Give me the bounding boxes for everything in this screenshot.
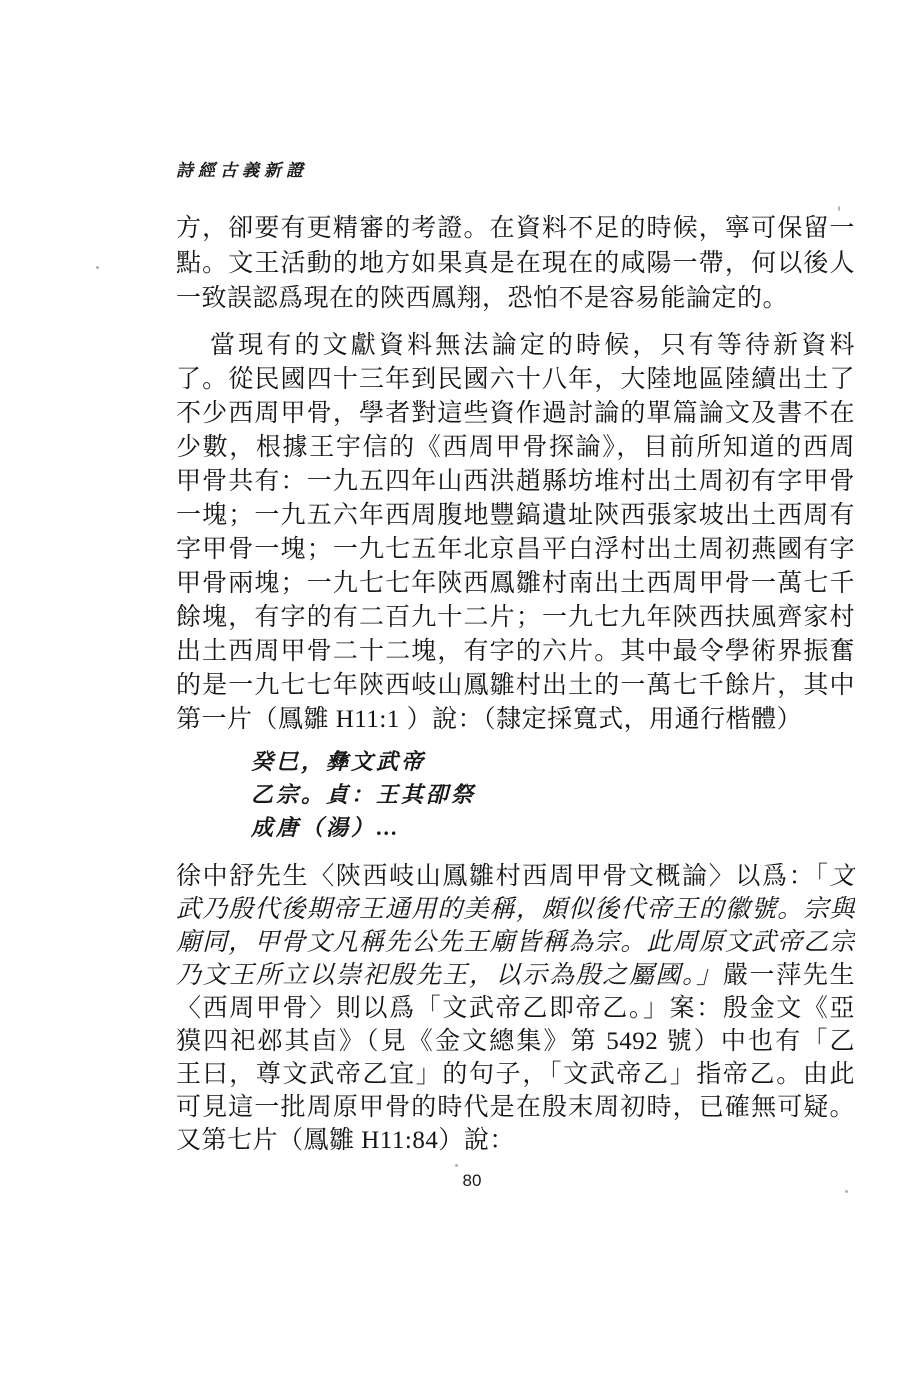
text-line: 字甲骨一塊；一九七五年北京昌平白浮村出土周初燕國有字 xyxy=(176,533,855,567)
text-line: 甲骨兩塊；一九七七年陝西鳳雛村南出土西周甲骨一萬七千 xyxy=(176,567,855,601)
text-line: 乃文王所立以崇祀殷先王，以示為殷之屬國。」嚴一萍先生 xyxy=(176,959,855,992)
text-line: 獏四祀邲其卣》（見《金文總集》第 5492 號）中也有「乙巳、 xyxy=(176,1025,855,1058)
text-line: 的是一九七七年陝西岐山鳳雛村出土的一萬七千餘片，其中 xyxy=(176,669,855,703)
text-segment: 徐中舒先生〈陝西岐山鳳雛村西周甲骨文概論〉以爲：「 xyxy=(176,863,829,890)
text-line: 第一片（鳳雛 H11:1 ）說：（隸定採寬式，用通行楷體） xyxy=(176,703,855,737)
running-head-book-title: 詩經古義新證 xyxy=(176,160,308,182)
text-segment-kai: 乃文王所立以崇祀殷先王，以示為殷之屬國。」 xyxy=(176,962,723,989)
text-line: 方，卻要有更精審的考證。在資料不足的時候，寧可保留一 xyxy=(176,211,855,246)
text-line: 可見這一批周原甲骨的時代是在殷末周初時，已確無可疑。 xyxy=(176,1091,855,1124)
paragraph-1: 方，卻要有更精審的考證。在資料不足的時候，寧可保留一 點。文王活動的地方如果真是… xyxy=(176,211,855,316)
text-line: 了。從民國四十三年到民國六十八年，大陸地區陸續出土了 xyxy=(176,363,855,397)
text-line: 一致誤認爲現在的陝西鳳翔，恐怕不是容易能論定的。 xyxy=(176,281,855,316)
scan-speck xyxy=(845,1190,848,1193)
quote-line: 乙宗。貞：王其卲祭 xyxy=(251,778,811,811)
quote-line: 癸巳，彝文武帝 xyxy=(251,745,811,778)
text-line: 出土西周甲骨二十二塊，有字的六片。其中最令學術界振奮 xyxy=(176,635,855,669)
text-line: 餘塊，有字的有二百九十二片；一九七九年陝西扶風齊家村 xyxy=(176,601,855,635)
text-line: 徐中舒先生〈陝西岐山鳳雛村西周甲骨文概論〉以爲：「文 xyxy=(176,860,855,893)
paragraph-2: 當現有的文獻資料無法論定的時候，只有等待新資料 了。從民國四十三年到民國六十八年… xyxy=(176,329,855,737)
text-line: 武乃殷代後期帝王通用的美稱，頗似後代帝王的徽號。宗與 xyxy=(176,893,855,926)
scan-speck xyxy=(96,266,99,269)
text-line: 〈西周甲骨〉則以爲「文武帝乙即帝乙。」案：殷金文《亞 xyxy=(176,992,855,1025)
oracle-bone-inscription-quote: 癸巳，彝文武帝 乙宗。貞：王其卲祭 成唐（湯）… xyxy=(251,745,811,844)
scan-speck xyxy=(838,206,840,211)
quote-line: 成唐（湯）… xyxy=(251,811,811,844)
text-segment-kai: 文 xyxy=(829,863,855,890)
scan-speck xyxy=(455,1164,458,1167)
text-line: 廟同，甲骨文凡稱先公先王廟皆稱為宗。此周原文武帝乙宗 xyxy=(176,926,855,959)
text-line: 不少西周甲骨，學者對這些資作過討論的單篇論文及書不在 xyxy=(176,397,855,431)
paragraph-3: 徐中舒先生〈陝西岐山鳳雛村西周甲骨文概論〉以爲：「文 武乃殷代後期帝王通用的美稱… xyxy=(176,860,855,1157)
text-line: 一塊；一九五六年西周腹地豐鎬遺址陝西張家坡出土西周有 xyxy=(176,499,855,533)
text-line: 當現有的文獻資料無法論定的時候，只有等待新資料 xyxy=(176,329,855,363)
text-segment: 嚴一萍先生 xyxy=(723,962,855,989)
text-line: 甲骨共有：一九五四年山西洪趙縣坊堆村出土周初有字甲骨 xyxy=(176,465,855,499)
text-line: 少數，根據王宇信的《西周甲骨探論》，目前所知道的西周 xyxy=(176,431,855,465)
scanned-book-page: 詩經古義新證 方，卻要有更精審的考證。在資料不足的時候，寧可保留一 點。文王活動… xyxy=(0,0,900,1374)
text-line: 點。文王活動的地方如果真是在現在的咸陽一帶，何以後人 xyxy=(176,246,855,281)
page-number: 80 xyxy=(440,1170,504,1192)
text-line: 王曰，尊文武帝乙宜」的句子，「文武帝乙」指帝乙。由此 xyxy=(176,1058,855,1091)
text-line: 又第七片（鳳雛 H11:84）說： xyxy=(176,1124,855,1157)
